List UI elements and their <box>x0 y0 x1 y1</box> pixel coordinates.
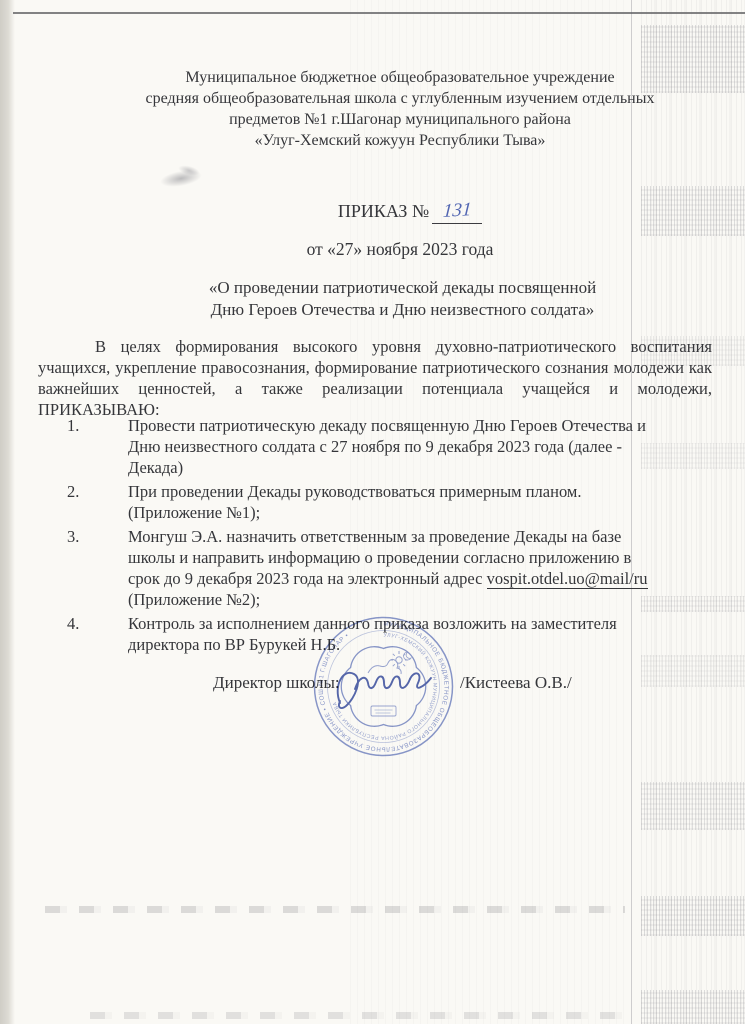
order-number-handwritten: 131 <box>442 199 472 223</box>
official-stamp: МУНИЦИПАЛЬНОЕ БЮДЖЕТНОЕ ОБЩЕОБРАЗОВАТЕЛЬ… <box>310 613 457 760</box>
item-text-after: (Приложение №2); <box>128 590 260 609</box>
item-number: 1. <box>38 415 128 478</box>
letterhead-line: Муниципальное бюджетное общеобразователь… <box>50 67 745 88</box>
item-number: 2. <box>38 481 128 523</box>
letterhead-line: средняя общеобразовательная школа с углу… <box>50 88 745 109</box>
scan-noise-patch <box>641 896 745 936</box>
scan-noise-patch <box>641 443 745 469</box>
scan-noise-patch <box>641 990 745 1024</box>
list-item: 2. При проведении Декады руководствовать… <box>38 481 652 523</box>
scan-noise-band <box>641 0 745 1024</box>
letterhead-line: предметов №1 г.Шагонар муниципального ра… <box>50 109 745 130</box>
letterhead: Муниципальное бюджетное общеобразователь… <box>50 67 745 151</box>
item-number: 3. <box>38 526 128 610</box>
stamp-flower <box>341 647 425 727</box>
stamp-graphic: МУНИЦИПАЛЬНОЕ БЮДЖЕТНОЕ ОБЩЕОБРАЗОВАТЕЛЬ… <box>310 613 457 760</box>
order-number-line: ПРИКАЗ №131 <box>0 201 745 224</box>
scan-streak <box>90 1012 630 1019</box>
scanned-order-page: Муниципальное бюджетное общеобразователь… <box>0 0 745 1024</box>
stamp-emblem <box>368 651 411 674</box>
letterhead-line: «Улуг-Хемский кожуун Республики Тыва» <box>50 130 745 151</box>
order-subject: «О проведении патриотической декады посв… <box>0 277 745 320</box>
order-number-label: ПРИКАЗ № <box>338 201 429 221</box>
order-date: от «27» ноября 2023 года <box>0 239 745 260</box>
scan-left-edge <box>0 0 15 1024</box>
item-text: Монгуш Э.А. назначить ответственным за п… <box>128 526 652 610</box>
scan-noise-patch <box>641 782 745 830</box>
list-item: 3. Монгуш Э.А. назначить ответственным з… <box>38 526 652 610</box>
scan-noise-patch <box>641 655 745 687</box>
list-item: 1. Провести патриотическую декаду посвящ… <box>38 415 652 478</box>
scan-streak <box>45 906 625 913</box>
item-text: При проведении Декады руководствоваться … <box>128 481 652 523</box>
scan-noise-patch <box>641 596 745 612</box>
director-signature <box>338 673 431 708</box>
stamp-banner <box>371 706 396 716</box>
order-number-blank: 131 <box>432 201 482 224</box>
email-address: vospit.otdel.uo@mail/ru <box>487 569 648 589</box>
signature-name: /Кистеева О.В./ <box>460 673 572 693</box>
item-number: 4. <box>38 613 128 655</box>
item-text: Провести патриотическую декаду посвященн… <box>128 415 652 478</box>
intro-paragraph: В целях формирования высокого уровня дух… <box>38 336 712 420</box>
